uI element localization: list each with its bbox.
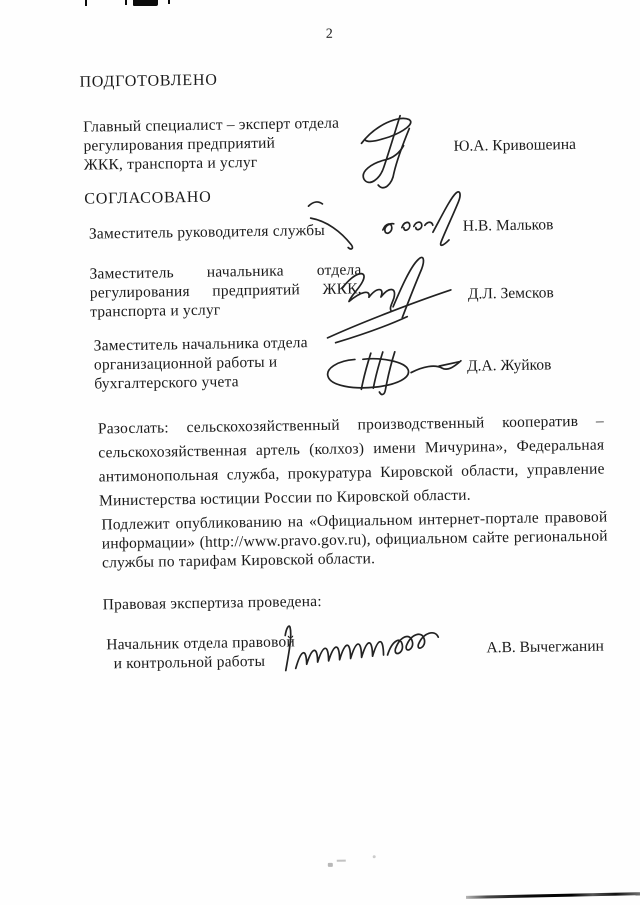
signatory-title-line: ЖКК, транспорта и услуг <box>84 151 364 174</box>
signatory-title: Заместитель начальника отдела организаци… <box>94 332 355 393</box>
scan-smudge <box>337 860 346 862</box>
paragraph-mailing: Разослать: сельскохозяйственный производ… <box>98 410 605 514</box>
signature-zemskov <box>322 250 458 344</box>
signatory-title: Главный специалист – эксперт отдела регу… <box>83 113 364 174</box>
signature-vychegzhanin <box>275 620 461 675</box>
signatory-name: Д.Л. Земсков <box>468 284 554 303</box>
document-page: 2 ПОДГОТОВЛЕНО Главный специалист – эксп… <box>0 0 640 905</box>
expertise-note: Правовая экспертиза проведена: <box>103 592 322 614</box>
signatory-name: Ю.А. Кривошеина <box>453 136 576 156</box>
scan-smudge <box>373 855 376 858</box>
signature-malkov <box>296 188 467 256</box>
heading-agreed: СОГЛАСОВАНО <box>84 189 212 209</box>
signature-zhuikov <box>321 346 464 394</box>
page-number: 2 <box>326 27 333 43</box>
scan-smudge <box>328 863 333 867</box>
signatory-name: Д.А. Жуйков <box>467 356 552 375</box>
document-content: 2 ПОДГОТОВЛЕНО Главный специалист – эксп… <box>0 0 640 905</box>
heading-prepared: ПОДГОТОВЛЕНО <box>79 72 217 92</box>
signatory-name: Н.В. Мальков <box>463 216 554 235</box>
signatory-title-line: бухгалтерского учета <box>94 370 354 393</box>
paragraph-publication: Подлежит опубликованию на «Официальном и… <box>101 507 608 572</box>
signature-krivosheina <box>351 110 430 195</box>
signatory-name: А.В. Вычегжанин <box>486 638 604 658</box>
signatory-title: Заместитель начальника отдела регулирова… <box>89 260 362 321</box>
signatory-title-line: транспорта и услуг <box>90 298 362 321</box>
